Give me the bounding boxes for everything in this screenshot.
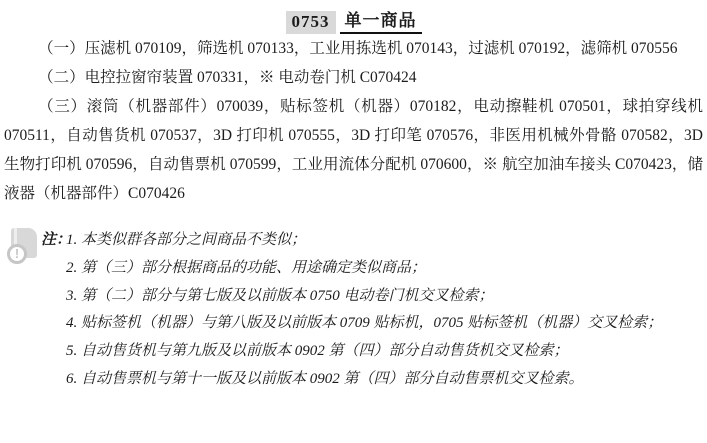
body-content: （一）压滤机 070109，筛选机 070133，工业用拣选机 070143，过…: [0, 34, 707, 394]
paragraph-part-2: （二）电控拉窗帘装置 070331，※ 电动卷门机 C070424: [4, 63, 703, 92]
note-item: 5. 自动售货机与第九版及以前版本 0902 第（四）部分自动售货机交叉检索；: [66, 338, 703, 366]
note-item: 3. 第（二）部分与第七版及以前版本 0750 电动卷门机交叉检索；: [66, 283, 703, 311]
note-label: 注：: [41, 227, 71, 255]
document-page: 0753单一商品 （一）压滤机 070109，筛选机 070133，工业用拣选机…: [0, 0, 707, 443]
note-item: 2. 第（三）部分根据商品的功能、用途确定类似商品；: [66, 255, 703, 283]
section-header: 0753单一商品: [0, 5, 707, 34]
exclamation-circle-icon: !: [7, 244, 27, 264]
paragraph-part-3: （三）滚筒（机器部件）070039，贴标签机（机器）070182，电动擦鞋机 0…: [4, 92, 703, 208]
note-item: 4. 贴标签机（机器）与第八版及以前版本 0709 贴标机，0705 贴标签机（…: [66, 310, 703, 338]
note-info-icon: !: [7, 228, 39, 264]
group-code-badge: 0753: [286, 11, 336, 34]
paragraph-part-1: （一）压滤机 070109，筛选机 070133，工业用拣选机 070143，过…: [4, 34, 703, 63]
group-title: 单一商品: [340, 5, 422, 34]
note-item: 1. 本类似群各部分之间商品不类似；: [66, 227, 703, 255]
note-item: 6. 自动售票机与第十一版及以前版本 0902 第（四）部分自动售票机交叉检索。: [66, 366, 703, 394]
note-block: ! 注： 1. 本类似群各部分之间商品不类似； 2. 第（三）部分根据商品的功能…: [4, 227, 703, 394]
